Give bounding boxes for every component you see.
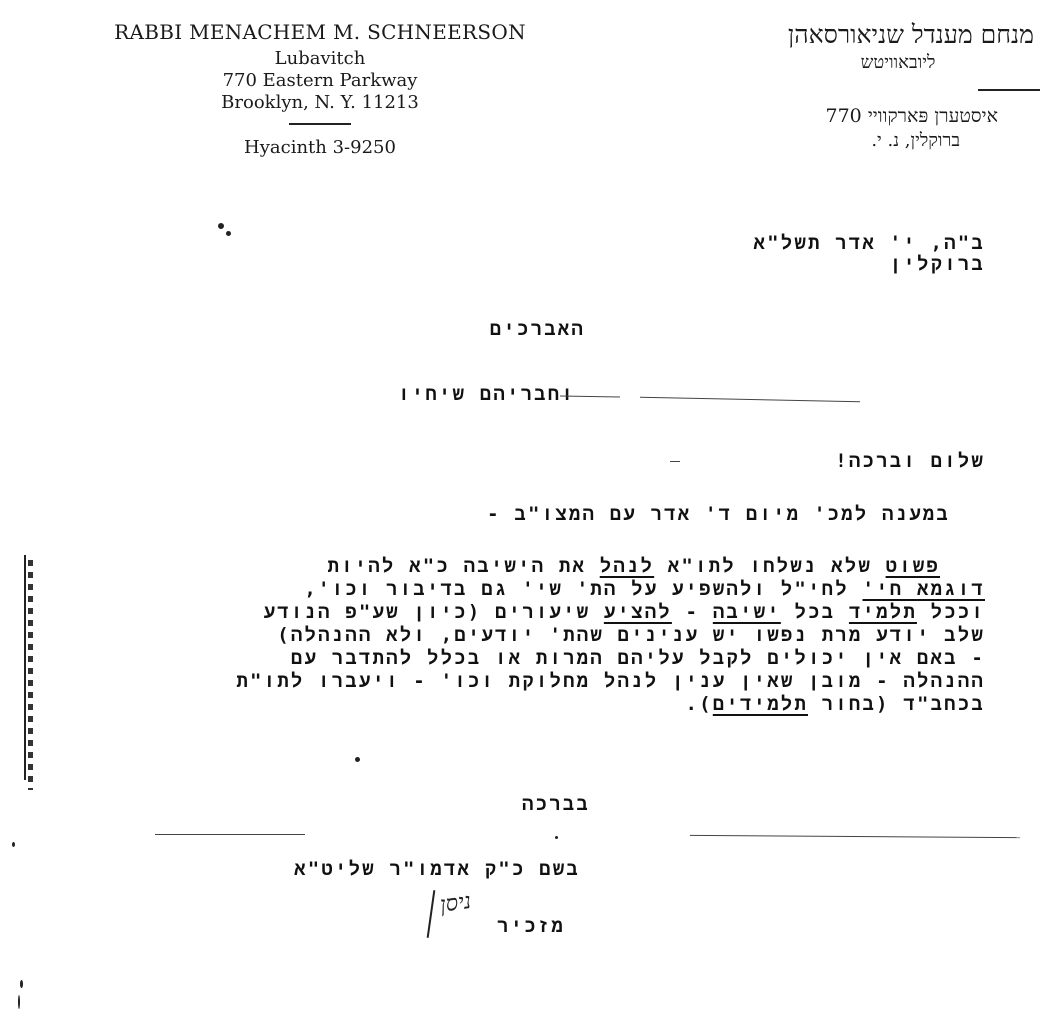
margin-binding-strip bbox=[24, 555, 26, 780]
body-line-7: בכחב"ד (בחור תלמידים). bbox=[105, 693, 985, 716]
scan-speck bbox=[355, 757, 360, 762]
letterhead-name-en: RABBI MENACHEM M. SCHNEERSON bbox=[110, 20, 530, 44]
margin-binding-marks bbox=[28, 560, 33, 790]
underlined-word: דוגמא חי' bbox=[863, 578, 986, 600]
letterhead-english: RABBI MENACHEM M. SCHNEERSON Lubavitch 7… bbox=[110, 20, 530, 158]
recipient-subtitle: וחבריהם שיחיו bbox=[398, 383, 575, 406]
body-line-1: פשוט שלא נשלחו לתו"א לנהל את הישיבה כ"א … bbox=[105, 555, 985, 578]
underlined-word: תלמידים bbox=[713, 693, 808, 715]
letterhead-hebrew: מנחם מענדל שניאורסאהן ליובאוויטש 770 איס… bbox=[720, 20, 1040, 151]
underlined-word: פשוט bbox=[886, 555, 940, 577]
letter-body: פשוט שלא נשלחו לתו"א לנהל את הישיבה כ"א … bbox=[105, 555, 985, 716]
scan-speck bbox=[20, 980, 23, 988]
closing: בברכה bbox=[522, 793, 590, 816]
scan-artifact-line bbox=[690, 835, 1020, 838]
city-line: ברוקלין bbox=[890, 253, 985, 276]
scan-artifact-line bbox=[670, 461, 680, 462]
letterhead-name-he: מנחם מענדל שניאורסאהן bbox=[720, 20, 1040, 50]
body-line-3: וככל תלמיד בכל ישיבה - להציע שיעורים (כי… bbox=[105, 601, 985, 624]
underlined-word: לנהל bbox=[600, 555, 654, 577]
underlined-word: ישיבה bbox=[713, 601, 781, 623]
letterhead-street-he: 770 איסטערן פּארקוויי bbox=[720, 105, 1040, 128]
body-line-6: ההנהלה - מובן שאין ענין לנהל מחלוקת וכו'… bbox=[105, 670, 985, 693]
recipient-title: האברכים bbox=[490, 318, 585, 341]
scan-speck bbox=[218, 223, 224, 229]
scan-artifact-line bbox=[155, 834, 305, 835]
letterhead-city-he: ברוקלין, נ. י. bbox=[720, 130, 1040, 151]
signature-stroke bbox=[427, 890, 436, 938]
scan-speck bbox=[12, 842, 15, 847]
signature-line: בשם כ"ק אדמו"ר שליט"א bbox=[294, 858, 580, 881]
body-line-5: - באם אין יכולים לקבל עליהם המרות או בכל… bbox=[105, 647, 985, 670]
letterhead-place-en: Lubavitch bbox=[110, 48, 530, 69]
underlined-word: להציע bbox=[604, 601, 672, 623]
scan-speck bbox=[555, 836, 558, 839]
letterhead-divider-en bbox=[289, 123, 351, 125]
greeting: שלום וברכה! bbox=[835, 450, 985, 473]
underlined-word: תלמיד bbox=[849, 601, 917, 623]
letterhead-divider-he bbox=[978, 89, 1040, 91]
date-line: ב"ה, י' אדר תשל"א bbox=[754, 232, 986, 255]
handwritten-signature: ניסן bbox=[438, 888, 472, 918]
body-line-4: שלב יודע מרת נפשו יש ענינים שהת' יודעים,… bbox=[105, 624, 985, 647]
scan-speck bbox=[18, 995, 20, 1009]
letterhead-city-en: Brooklyn, N. Y. 11213 bbox=[110, 92, 530, 113]
letterhead-place-he: ליובאוויטש bbox=[720, 52, 1040, 73]
reference-line: במענה למכ' מיום ד' אדר עם המצו"ב - bbox=[487, 503, 950, 526]
scan-artifact-line bbox=[640, 397, 860, 403]
letterhead-street-en: 770 Eastern Parkway bbox=[110, 70, 530, 91]
body-line-2: דוגמא חי' לחי"ל ולהשפיע על הת' שי' גם בד… bbox=[105, 578, 985, 601]
signature-title: מזכיר bbox=[497, 915, 565, 938]
letterhead-phone-en: Hyacinth 3-9250 bbox=[110, 137, 530, 158]
scan-speck bbox=[226, 231, 231, 236]
